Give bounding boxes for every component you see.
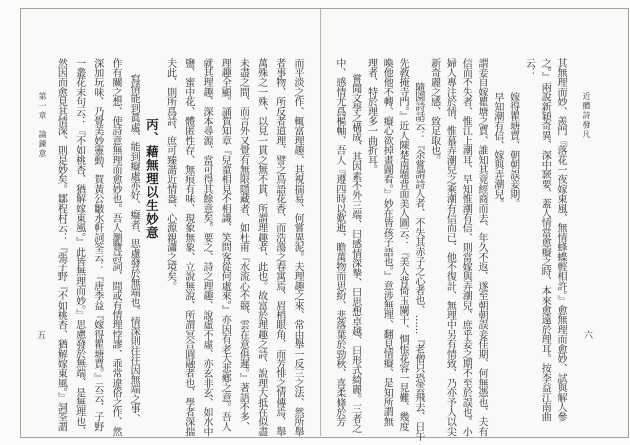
text-column: 其無理而妙、羨門『落花一夜嫁東風、無情蜂蝶輕相許。』愈無理而愈妙、試與解人參 bbox=[552, 58, 568, 434]
text-column: 信而不失者、惟江上潮耳、早知惟潮有信、則當嫁與弄潮兒、庶乎妾之期不至於誤也。小 bbox=[457, 58, 473, 434]
folio-left: 五 bbox=[37, 328, 46, 341]
text-column: 之。』兩說新穎奇異、深中窾要、蓋人情當愈癡之時、本來愈遠於理耳。按李益江南曲 bbox=[536, 58, 552, 434]
text-column: 嘗聞文學之構成、其因素不外三端、曰感情深摯、曰思想卓越、曰形式綺麗。三者之 bbox=[347, 58, 363, 434]
text-column: 理者、特於理多一曲折耳。 bbox=[363, 58, 379, 434]
text-column: 理趣全顯。誦賀知章『兒童相見不相識、笑問客從何處來。』亦因有老大悲鄕之意。吾人 bbox=[215, 58, 233, 434]
text-column: 隨園詩話云：『余嘗謂詩人者、不失其赤子之心者也、……『老僧只恐雲飛去、日午 bbox=[410, 58, 426, 434]
section-heading: 丙、藉無理以生妙意 bbox=[142, 58, 160, 434]
text-column: 而平淡之作、輒富理趣、其視揣易、何嘗異泥。夫理趣之來、常由舉一反三之法、然所舉 bbox=[288, 58, 306, 434]
text-column: 中、感情尤爲樞軸、吾人『遵四時以歎逝、瞻萬物而思紛、悲落葉於勁秋、喜柔條於芳 bbox=[331, 58, 347, 434]
chapter-margin-label: 第一章 論鍊意 bbox=[37, 92, 48, 159]
left-page: 而平淡之作、輒富理趣、其視揣易、何嘗異泥。夫理趣之來、常由舉一反三之法、然所舉 … bbox=[51, 58, 306, 434]
book-scan: 而平淡之作、輒富理趣、其視揣易、何嘗異泥。夫理趣之來、常由舉一反三之法、然所舉 … bbox=[0, 0, 630, 445]
poem-line-column: 嫁得瞿塘賈、朝朝誤妾期。 bbox=[505, 58, 521, 434]
text-column: 夫此、則所爲詩、庶可臻諧近情盎、心源親瀟之境矣。 bbox=[160, 58, 178, 434]
text-column: 鹽、蜜中花、體匿性存、無痕有味、現象無象、立說無說、所謂冥合圓融者也、學者深揣 bbox=[179, 58, 197, 434]
folio-right: 六 bbox=[584, 328, 593, 341]
text-column: 然因而愈見其情深、則是妙矣。鄒程村云：『張子野『不如桃杏、猶解嫁東風。』詞筌謂 bbox=[51, 58, 69, 434]
text-column: 一叢花末句云：『不如桃杏、猶解嫁東風。』此皆無理而妙。』思慮發於無端、是無理也、 bbox=[69, 58, 87, 434]
text-column: 先敎掩寺門。』近人陳楚南題背面美人圖云：『美人背倚玉闌干、惆悵花容一見難、幾度 bbox=[394, 58, 410, 434]
text-column: 作有關之想、使詩意無理而愈妙也。吾人瀏覽詩詞、間或有情理悖謬、乖常違俗之作、然 bbox=[106, 58, 124, 434]
text-column: 寫情能到眞處、能到癡處亦好、癡者、思慮發於無端也、情深則往往因無端之事、 bbox=[124, 58, 142, 434]
text-column: 喚他他不轉、癡心欲掉畫圖看。』妙在皆孩子語也。』意涉無理、翻見情癡、是知所謂無 bbox=[378, 58, 394, 434]
text-column: 萬殊之一殊、以見一貫之無不貫、所謂理趣者、此也。故富於理趣之詩、說理大抵在似盡 bbox=[251, 58, 269, 434]
poem-line-column: 早知潮有信、嫁與弄潮兒。 bbox=[489, 58, 505, 434]
text-column: 新奇麗之感、致足取也。 bbox=[426, 58, 442, 434]
right-page: 其無理而妙、羨門『落花一夜嫁東風、無情蜂蝶輕相許。』愈無理而愈妙、試與解人參 之… bbox=[331, 58, 568, 434]
text-column: 謂妾自嫁瞿塘之賈、誰知其竟經商而去、年久不返、遂至朝朝誤妾佳期、何無憑也、夫有 bbox=[473, 58, 489, 434]
text-column: 深加玩味、乃覺美妙靈動、賀黃公皺水軒詞筌云：『唐李益『嫁得瞿塘賈。』云云、子野 bbox=[88, 58, 106, 434]
text-column: 婦人專注於情、惟慕弄潮兒之乘潮有信而已、他不復計、無理中另有情致、乃亦予人以尖 bbox=[442, 58, 458, 434]
text-column: 就其理趣、深本尋源、當可得其餘意矣。要之、詩之理趣、說虛不虛、亦玄非玄、如水中 bbox=[197, 58, 215, 434]
gutter-line bbox=[320, 9, 321, 436]
text-column: 未盡之間、而言外又覺有無限隱藏者、如杜甫『水流心不競、雲在意俱遲。』著語不多、 bbox=[233, 58, 251, 434]
text-column: 者事物、所反者道理、譬之鳥語花香、而浩蕩之春寓焉、眉梢眼角、而芳悱之情傳焉、舉 bbox=[270, 58, 288, 434]
text-column: 云： bbox=[521, 58, 537, 434]
running-head: 近體詩發凡 bbox=[581, 92, 592, 140]
